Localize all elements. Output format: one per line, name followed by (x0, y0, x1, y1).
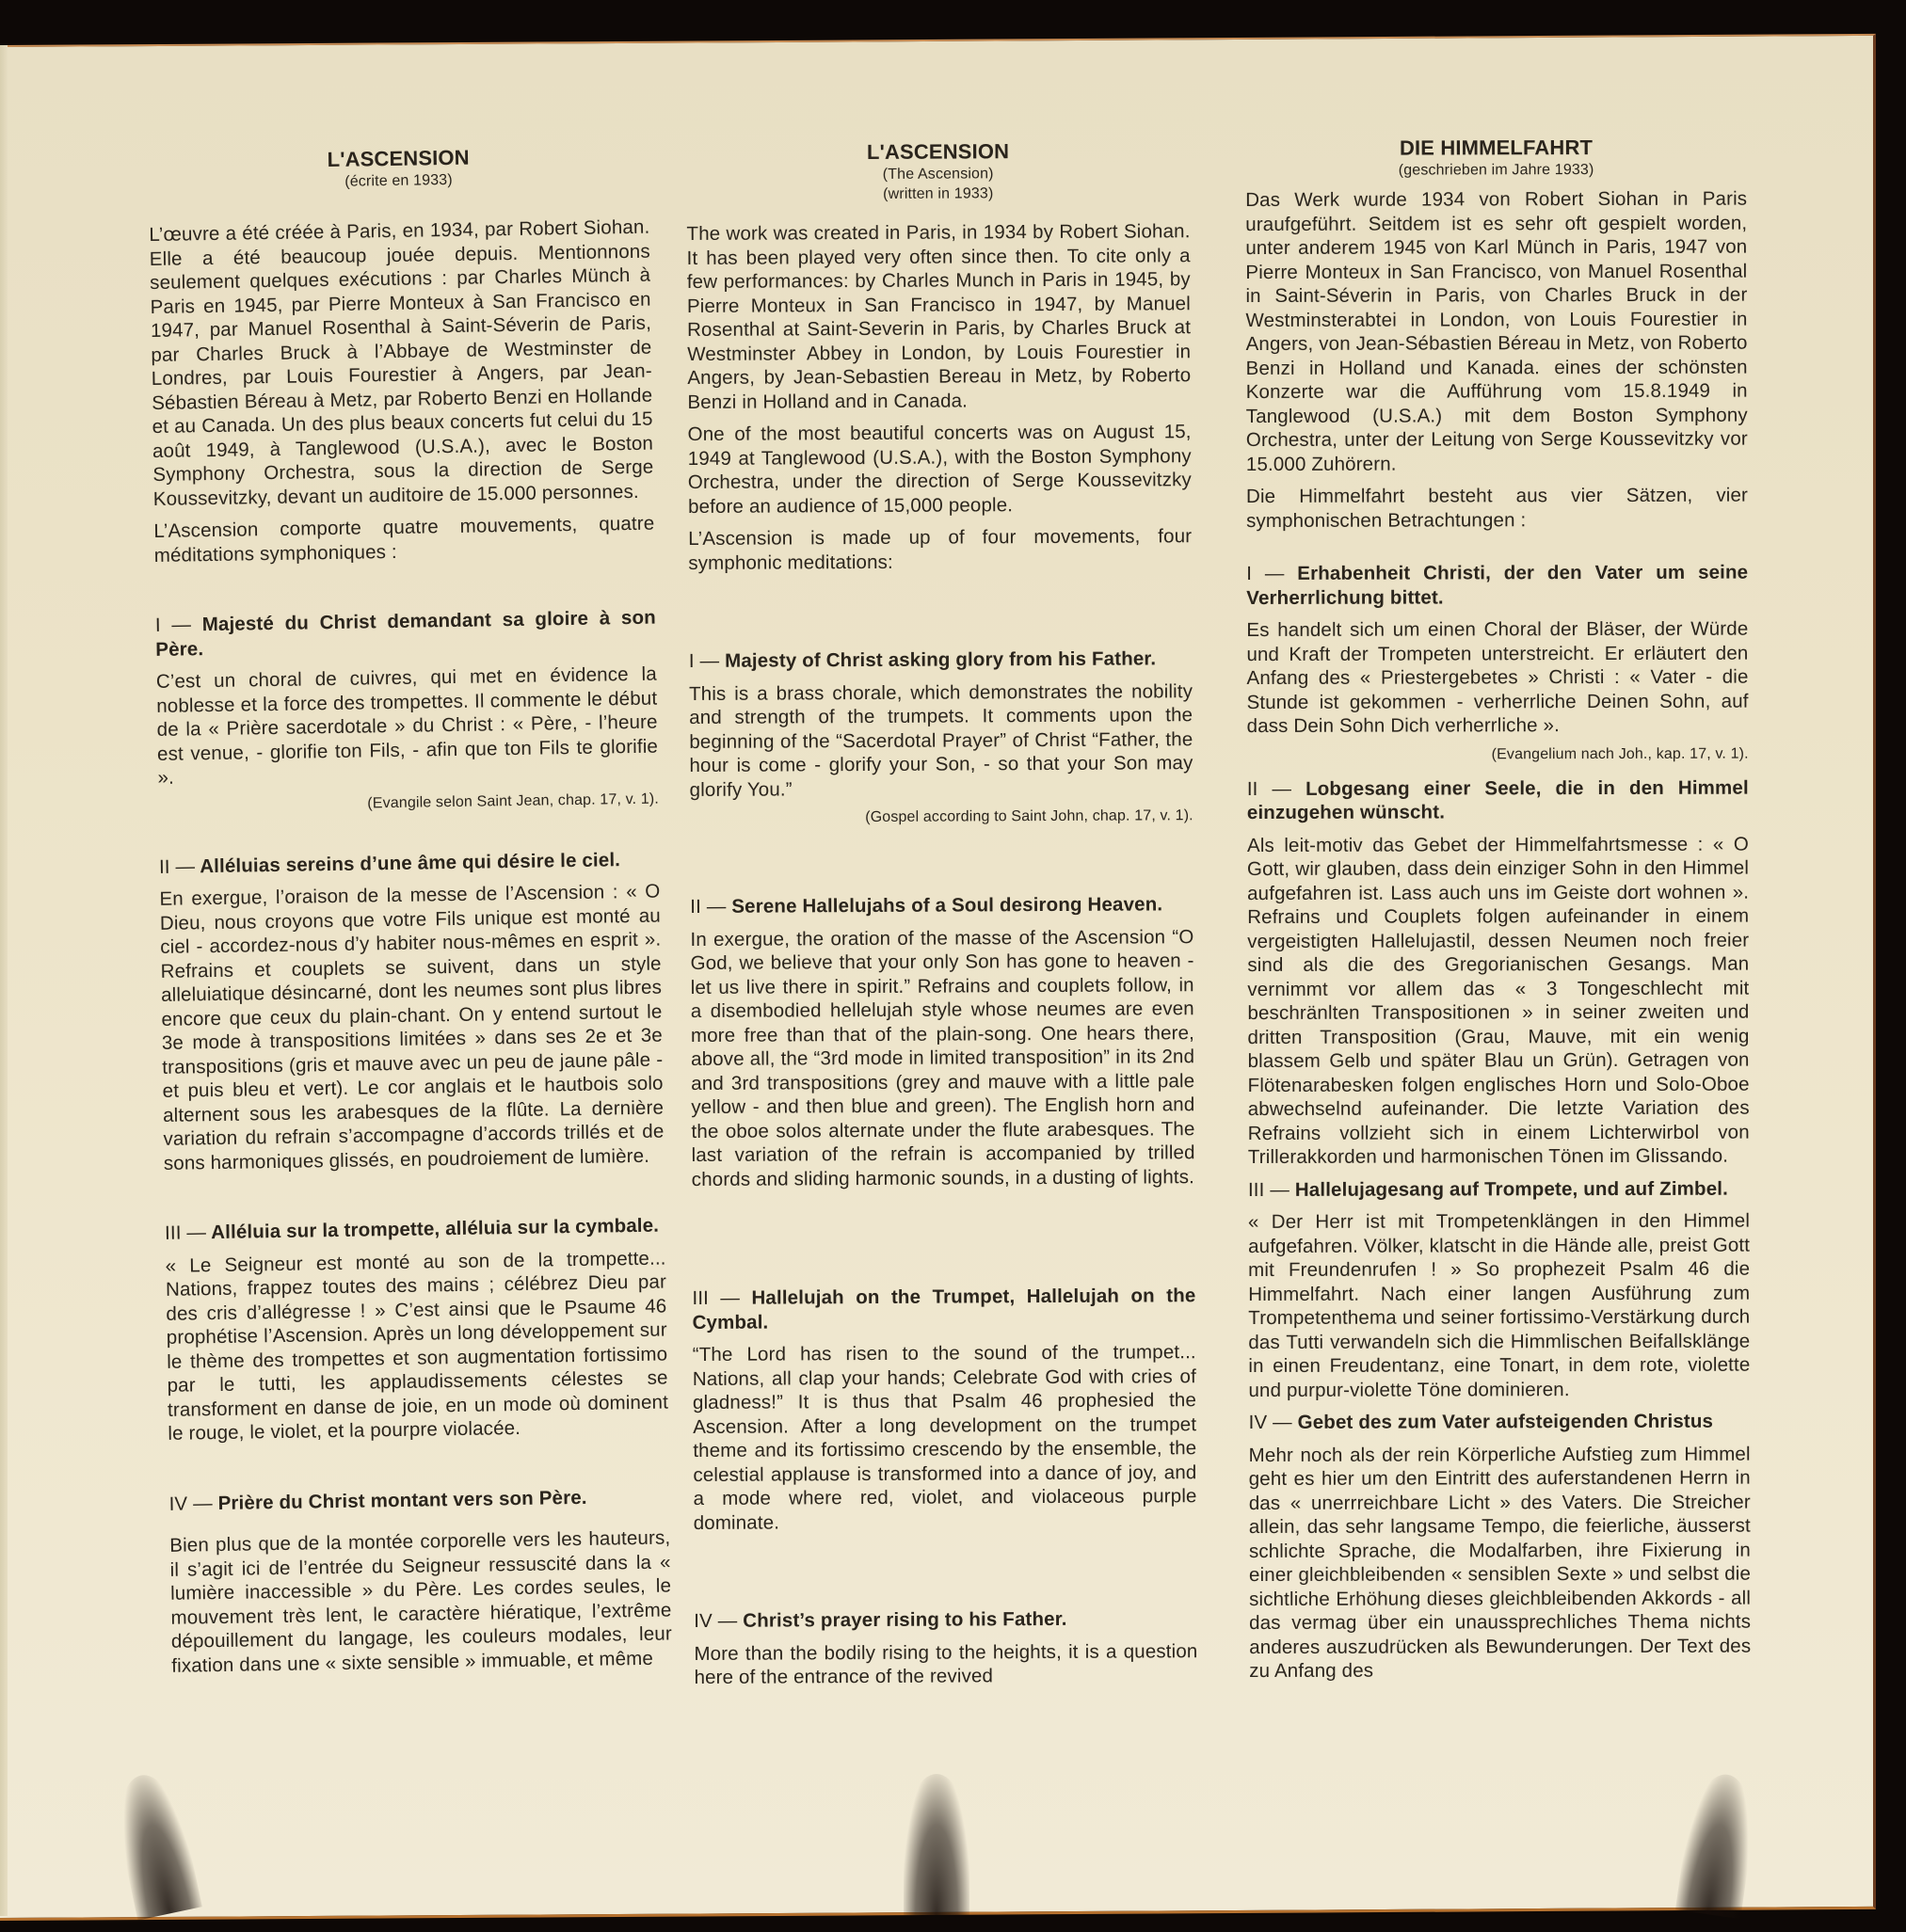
english-title: L'ASCENSION (686, 138, 1190, 166)
german-movement-3: III — Hallelujagesang auf Trompete, und … (1248, 1176, 1751, 1402)
movement-heading: I — Erhabenheit Christi, der den Vater u… (1246, 561, 1748, 610)
movement-body: En exergue, l’oraison de la messe de l’A… (159, 880, 665, 1175)
german-intro-paragraph: Die Himmelfahrt besteht aus vier Sätzen,… (1246, 484, 1748, 533)
movement-body: Bien plus que de la montée corporelle ve… (169, 1525, 672, 1677)
movement-body: Als leit-motiv das Gebet der Himmelfahrt… (1247, 832, 1750, 1169)
english-movement-1: I — Majesty of Christ asking glory from … (689, 647, 1193, 829)
movement-heading: II — Lobgesang einer Seele, die in den H… (1247, 775, 1749, 824)
english-subtitle: (The Ascension) (686, 163, 1190, 185)
movement-heading: III — Hallelujah on the Trumpet, Hallelu… (692, 1284, 1195, 1334)
french-movement-4: IV — Prière du Christ montant vers son P… (168, 1484, 672, 1678)
german-column: DIE HIMMELFAHRT (geschrieben im Jahre 19… (1245, 136, 1751, 1692)
english-intro-paragraph: L’Ascension is made up of four movements… (688, 524, 1192, 575)
movement-body: « Le Seigneur est monté au son de la tro… (165, 1246, 668, 1445)
finger-shadow-center (904, 1774, 969, 1915)
movement-heading: I — Majesty of Christ asking glory from … (689, 647, 1193, 673)
movement-heading: I — Majesté du Christ demandant sa gloir… (155, 606, 657, 662)
english-movement-4: IV — Christ’s prayer rising to his Fathe… (694, 1606, 1197, 1689)
german-movement-4: IV — Gebet des zum Vater aufsteigenden C… (1249, 1410, 1752, 1684)
german-subtitle: (geschrieben im Jahre 1933) (1245, 160, 1747, 181)
english-intro-paragraph: One of the most beautiful concerts was o… (688, 420, 1193, 519)
french-movement-1: I — Majesté du Christ demandant sa gloir… (155, 606, 659, 818)
german-movement-1: I — Erhabenheit Christi, der den Vater u… (1246, 561, 1749, 766)
french-movement-2: II — Alléluias sereins d’une âme qui dés… (159, 847, 665, 1175)
movement-heading: IV — Gebet des zum Vater aufsteigenden C… (1249, 1410, 1751, 1435)
french-intro-paragraph: L’œuvre a été créée à Paris, en 1934, pa… (149, 216, 654, 511)
english-column: L'ASCENSION (The Ascension) (written in … (686, 138, 1198, 1698)
movement-body: Es handelt sich um einen Choral der Bläs… (1246, 617, 1748, 739)
movement-body: More than the bodily rising to the heigh… (694, 1639, 1197, 1690)
french-intro-paragraph: L’Ascension comporte quatre mouvements, … (153, 512, 655, 567)
french-movement-3: III — Alléluia sur la trompette, allélui… (165, 1214, 669, 1446)
english-intro-paragraph: The work was created in Paris, in 1934 b… (686, 219, 1191, 414)
english-movement-2: II — Serene Hallelujahs of a Soul desiro… (690, 892, 1195, 1191)
movement-heading: II — Serene Hallelujahs of a Soul desiro… (690, 892, 1193, 918)
german-movement-2: II — Lobgesang einer Seele, die in den H… (1247, 775, 1750, 1169)
french-column: L'ASCENSION (écrite en 1933) L’œuvre a é… (148, 143, 673, 1686)
movement-body: “The Lord has risen to the sound of the … (693, 1340, 1197, 1535)
movement-body: C’est un choral de cuivres, qui met en é… (156, 663, 659, 790)
english-subtitle-year: (written in 1933) (686, 183, 1190, 205)
movement-body: This is a brass chorale, which demonstra… (689, 679, 1193, 802)
movement-body: « Der Herr ist mit Trompetenklängen in d… (1248, 1209, 1751, 1402)
german-intro-paragraph: Das Werk wurde 1934 von Robert Siohan in… (1245, 187, 1748, 476)
scripture-reference: (Evangelium nach Joh., kap. 17, v. 1). (1247, 743, 1749, 765)
movement-heading: IV — Christ’s prayer rising to his Fathe… (694, 1606, 1197, 1633)
page-spine-edge (0, 45, 8, 1916)
movement-heading: III — Hallelujagesang auf Trompete, und … (1248, 1176, 1750, 1202)
german-title: DIE HIMMELFAHRT (1245, 136, 1747, 161)
english-movement-3: III — Hallelujah on the Trumpet, Hallelu… (692, 1284, 1196, 1535)
movement-body: In exergue, the oration of the masse of … (690, 925, 1194, 1191)
scripture-reference: (Gospel according to Saint John, chap. 1… (690, 806, 1193, 829)
movement-body: Mehr noch als der rein Körperliche Aufst… (1249, 1442, 1752, 1683)
